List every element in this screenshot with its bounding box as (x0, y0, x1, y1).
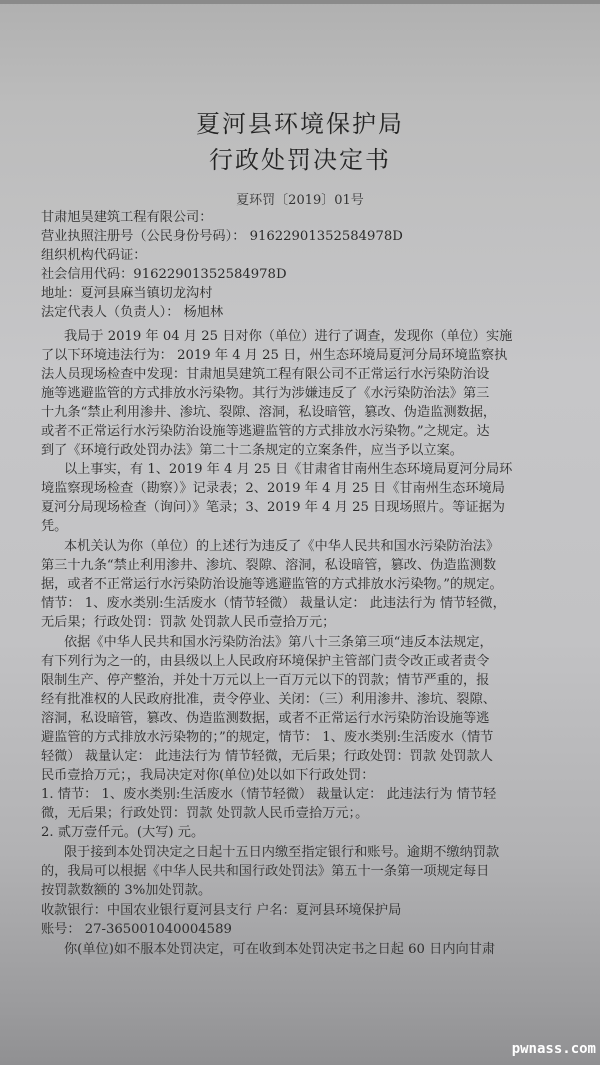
body-line: 经有批准权的人民政府批准，责令停业、关闭：（三）利用渗井、渗坑、裂隙、 (41, 691, 496, 709)
body-line: 到了《环境行政处罚办法》第二十二条规定的立案条件，应当予以立案。 (41, 442, 463, 460)
party-legal-representative: 法定代表人（负责人）： 杨旭林 (41, 304, 223, 322)
body-line: 按罚款数额的 3%加处罚款。 (41, 882, 211, 900)
body-line: 你(单位)如不服本处罚决定，可在收到本处罚决定书之日起 60 日内向甘肃 (64, 941, 495, 959)
party-credit-code: 社会信用代码：91622901352584978D (41, 266, 287, 284)
party-license-number: 营业执照注册号（公民身份号码）： 91622901352584978D (41, 228, 403, 246)
body-line: 限制生产、停产整治，并处十万元以上一百万元以下的罚款；情节严重的，报 (41, 672, 489, 690)
body-line: 溶洞，私设暗管，篡改、伪造监测数据，或者不正常运行水污染防治设施等逃 (41, 710, 489, 728)
body-line: 2. 贰万壹仟元。(大写) 元。 (41, 824, 204, 842)
party-address: 地址：夏河县麻当镇切龙沟村 (41, 285, 212, 303)
body-line: 凭。 (41, 518, 67, 536)
body-line: 据，或者不正常运行水污染防治设施等逃避监管的方式排放水污染物。”的规定。 (41, 576, 503, 594)
body-line: 我局于 2019 年 04 月 25 日对你（单位）进行了调查，发现你（单位）实… (64, 328, 512, 346)
document-type-title: 行政处罚决定书 (0, 140, 600, 175)
body-line: 第三十九条“禁止利用渗井、渗坑、裂隙、溶洞，私设暗管，篡改、伪造监测数 (41, 557, 496, 575)
body-line: 法人员现场检查中发现：甘肃旭昊建筑工程有限公司不正常运行水污染防治设 (41, 366, 489, 384)
body-line: 或者不正常运行水污染防治设施等逃避监管的方式排放水污染物。”之规定。达 (41, 423, 490, 441)
watermark: pwnass.com (512, 1041, 596, 1057)
body-line: 情节： 1、废水类别:生活废水（情节轻微） 裁量认定： 此违法行为 情节轻微， (41, 595, 506, 613)
paper-top-edge (0, 0, 600, 4)
body-line: 轻微） 裁量认定： 此违法行为 情节轻微，无后果；行政处罚：罚款 处罚款人 (41, 748, 493, 766)
body-line: 无后果；行政处罚：罚款 处罚款人民币壹拾万元； (41, 614, 335, 632)
body-line: 微，无后果；行政处罚：罚款 处罚款人民币壹拾万元；。 (41, 805, 368, 823)
body-line: 依据《中华人民共和国水污染防治法》第八十三条第三项“违反本法规定， (64, 634, 493, 652)
body-line: 十九条“禁止利用渗井、渗坑、裂隙、溶洞，私设暗管，篡改、伪造监测数据， (41, 404, 496, 422)
body-line: 民币壹拾万元；，我局决定对你(单位)处以如下行政处罚： (41, 767, 374, 785)
document-number: 夏环罚〔2019〕01号 (0, 189, 600, 208)
body-line: 本机关认为你（单位）的上述行为违反了《中华人民共和国水污染防治法》 (64, 538, 499, 556)
body-line: 收款银行：中国农业银行夏河县支行 户名：夏河县环境保护局 (41, 902, 401, 920)
body-line: 境监察现场检查（勘察）》记录表；2、2019 年 4 月 25 日《甘南州生态环… (41, 480, 505, 498)
body-line: 账号： 27-365001040004589 (41, 921, 232, 939)
body-line: 避监管的方式排放水污染物的；”的规定，情节： 1、废水类别:生活废水（情节 (41, 729, 493, 747)
agency-title: 夏河县环境保护局 (0, 104, 600, 139)
body-line: 的，我局可以根据《中华人民共和国行政处罚法》第五十一条第一项规定每日 (41, 863, 489, 881)
party-org-code: 组织机构代码证： (41, 247, 147, 265)
body-line: 限于接到本处罚决定之日起十五日内缴至指定银行和账号。逾期不缴纳罚款 (64, 844, 499, 862)
body-line: 1. 情节： 1、废水类别:生活废水（情节轻微） 裁量认定： 此违法行为 情节轻 (41, 786, 496, 804)
body-line: 施等逃避监管的方式排放水污染物。其行为涉嫌违反了《水污染防治法》第三 (41, 385, 489, 403)
party-name: 甘肃旭昊建筑工程有限公司： (41, 209, 212, 227)
body-line: 以上事实，有 1、2019 年 4 月 25 日《甘肃省甘南州生态环境局夏河分局… (64, 461, 512, 479)
body-line: 夏河分局现场检查（询问）》笔录；3、2019 年 4 月 25 日现场照片。等证… (41, 499, 505, 517)
body-line: 了以下环境违法行为： 2019 年 4 月 25 日，州生态环境局夏河分局环境监… (41, 347, 507, 365)
body-line: 有下列行为之一的，由县级以上人民政府环境保护主管部门责令改正或者责令 (41, 653, 489, 671)
